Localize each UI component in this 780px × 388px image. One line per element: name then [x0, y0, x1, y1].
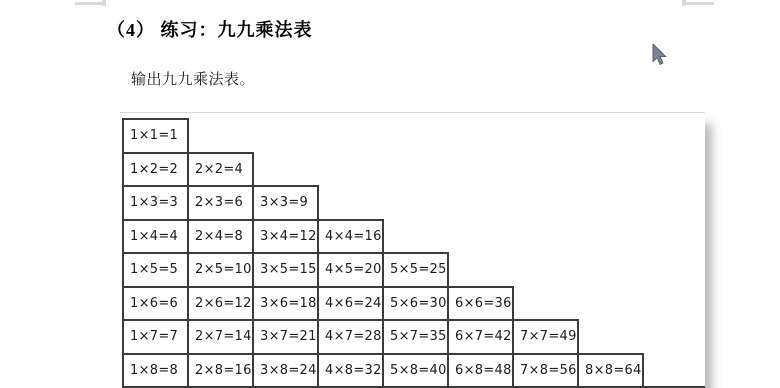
crop-mark-vertical — [102, 0, 106, 6]
table-cell: 6×7=42 — [447, 319, 514, 355]
table-cell: 4×5=20 — [317, 252, 384, 288]
table-cell: 3×3=9 — [252, 185, 319, 221]
paragraph-text: 输出九九乘法表。 — [131, 68, 255, 89]
table-cell: 7×8=56 — [512, 353, 579, 388]
table-cell: 1×8=8 — [122, 353, 189, 388]
table-cell: 1×5=5 — [122, 252, 189, 288]
table-cell: 3×8=24 — [252, 353, 319, 388]
table-cell: 4×6=24 — [317, 286, 384, 322]
text-boundary-mark-left — [75, 0, 109, 8]
crop-mark-vertical — [682, 0, 686, 6]
mouse-cursor-icon — [652, 44, 670, 68]
multiplication-table: 1×1=11×2=22×2=41×3=32×3=63×3=91×4=42×4=8… — [122, 118, 705, 388]
table-cell: 5×5=25 — [382, 252, 449, 288]
table-cell: 6×6=36 — [447, 286, 514, 322]
table-cell: 2×5=10 — [187, 252, 254, 288]
table-cell: 2×3=6 — [187, 185, 254, 221]
table-row: 1×5=52×5=103×5=154×5=205×5=25 — [122, 252, 705, 288]
table-cell: 3×5=15 — [252, 252, 319, 288]
table-row: 1×6=62×6=123×6=184×6=245×6=306×6=36 — [122, 286, 705, 322]
table-cell: 8×8=64 — [577, 353, 644, 388]
table-cell: 4×7=28 — [317, 319, 384, 355]
table-row: 1×1=1 — [122, 118, 705, 154]
crop-mark-horizontal — [75, 2, 105, 5]
table-cell: 1×3=3 — [122, 185, 189, 221]
table-cell: 1×1=1 — [122, 118, 189, 154]
table-cell: 3×7=21 — [252, 319, 319, 355]
table-cell: 7×7=49 — [512, 319, 579, 355]
table-row: 1×3=32×3=63×3=9 — [122, 185, 705, 221]
text-boundary-mark-right — [682, 0, 716, 8]
table-cell: 1×2=2 — [122, 152, 189, 188]
table-cell: 3×6=18 — [252, 286, 319, 322]
table-row: 1×7=72×7=143×7=214×7=285×7=356×7=427×7=4… — [122, 319, 705, 355]
table-cell: 1×6=6 — [122, 286, 189, 322]
table-row: 1×4=42×4=83×4=124×4=16 — [122, 219, 705, 255]
table-cell: 4×8=32 — [317, 353, 384, 388]
table-row: 1×2=22×2=4 — [122, 152, 705, 188]
table-cell: 6×8=48 — [447, 353, 514, 388]
table-cell: 4×4=16 — [317, 219, 384, 255]
console-output-image: 1×1=11×2=22×2=41×3=32×3=63×3=91×4=42×4=8… — [120, 112, 705, 388]
table-cell: 2×6=12 — [187, 286, 254, 322]
table-cell: 5×7=35 — [382, 319, 449, 355]
table-cell: 1×4=4 — [122, 219, 189, 255]
table-cell: 3×4=12 — [252, 219, 319, 255]
table-cell: 1×7=7 — [122, 319, 189, 355]
table-cell: 2×7=14 — [187, 319, 254, 355]
table-cell: 2×4=8 — [187, 219, 254, 255]
table-cell: 2×8=16 — [187, 353, 254, 388]
document-page: （4） 练习：九九乘法表 输出九九乘法表。 1×1=11×2=22×2=41×3… — [0, 0, 780, 388]
table-row: 1×8=82×8=163×8=244×8=325×8=406×8=487×8=5… — [122, 353, 705, 388]
crop-mark-horizontal — [684, 2, 714, 5]
table-cell: 5×8=40 — [382, 353, 449, 388]
table-cell: 2×2=4 — [187, 152, 254, 188]
section-heading: （4） 练习：九九乘法表 — [107, 16, 313, 42]
table-cell: 5×6=30 — [382, 286, 449, 322]
